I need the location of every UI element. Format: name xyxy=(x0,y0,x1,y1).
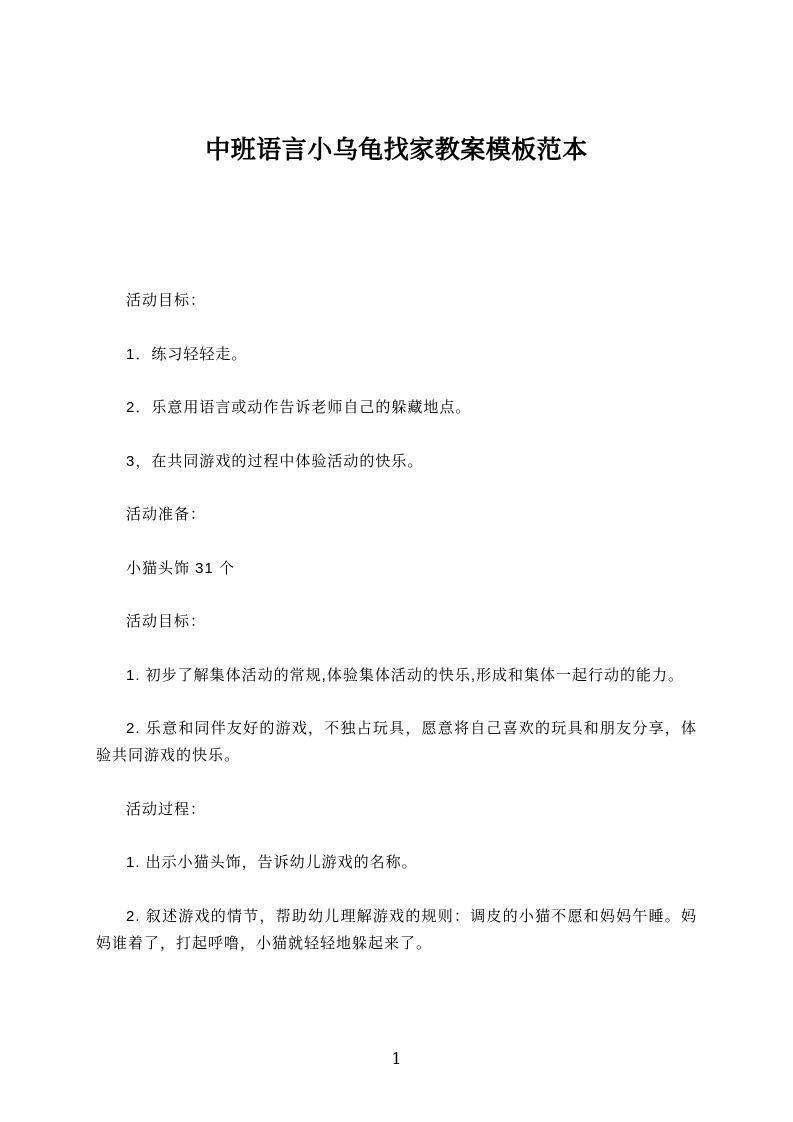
process-item-2: 2. 叙述游戏的情节，帮助幼儿理解游戏的规则：调皮的小猫不愿和妈妈午睡。妈妈谁着… xyxy=(96,903,697,957)
preparation-item: 小猫头饰 31 个 xyxy=(96,555,697,582)
document-body: 活动目标： 1．练习轻轻走。 2．乐意用语言或动作告诉老师自己的躲藏地点。 3，… xyxy=(96,287,697,957)
document-title: 中班语言小乌龟找家教案模板范本 xyxy=(96,134,697,167)
goal-item-3: 3，在共同游戏的过程中体验活动的快乐。 xyxy=(96,448,697,475)
goal-item-1: 1．练习轻轻走。 xyxy=(96,341,697,368)
page-number: 1 xyxy=(0,1048,793,1070)
goal2-item-1: 1. 初步了解集体活动的常规,体验集体活动的快乐,形成和集体一起行动的能力。 xyxy=(96,662,697,689)
heading-activity-preparation: 活动准备： xyxy=(96,501,697,528)
heading-activity-process: 活动过程： xyxy=(96,796,697,823)
document-content: 中班语言小乌龟找家教案模板范本 活动目标： 1．练习轻轻走。 2．乐意用语言或动… xyxy=(0,0,793,957)
heading-activity-goals-2: 活动目标： xyxy=(96,608,697,635)
document-page: 中班语言小乌龟找家教案模板范本 活动目标： 1．练习轻轻走。 2．乐意用语言或动… xyxy=(0,0,793,1122)
goal-item-2: 2．乐意用语言或动作告诉老师自己的躲藏地点。 xyxy=(96,394,697,421)
process-item-1: 1. 出示小猫头饰，告诉幼儿游戏的名称。 xyxy=(96,849,697,876)
goal2-item-2: 2. 乐意和同伴友好的游戏，不独占玩具，愿意将自己喜欢的玩具和朋友分享，体验共同… xyxy=(96,715,697,769)
heading-activity-goals: 活动目标： xyxy=(96,287,697,314)
